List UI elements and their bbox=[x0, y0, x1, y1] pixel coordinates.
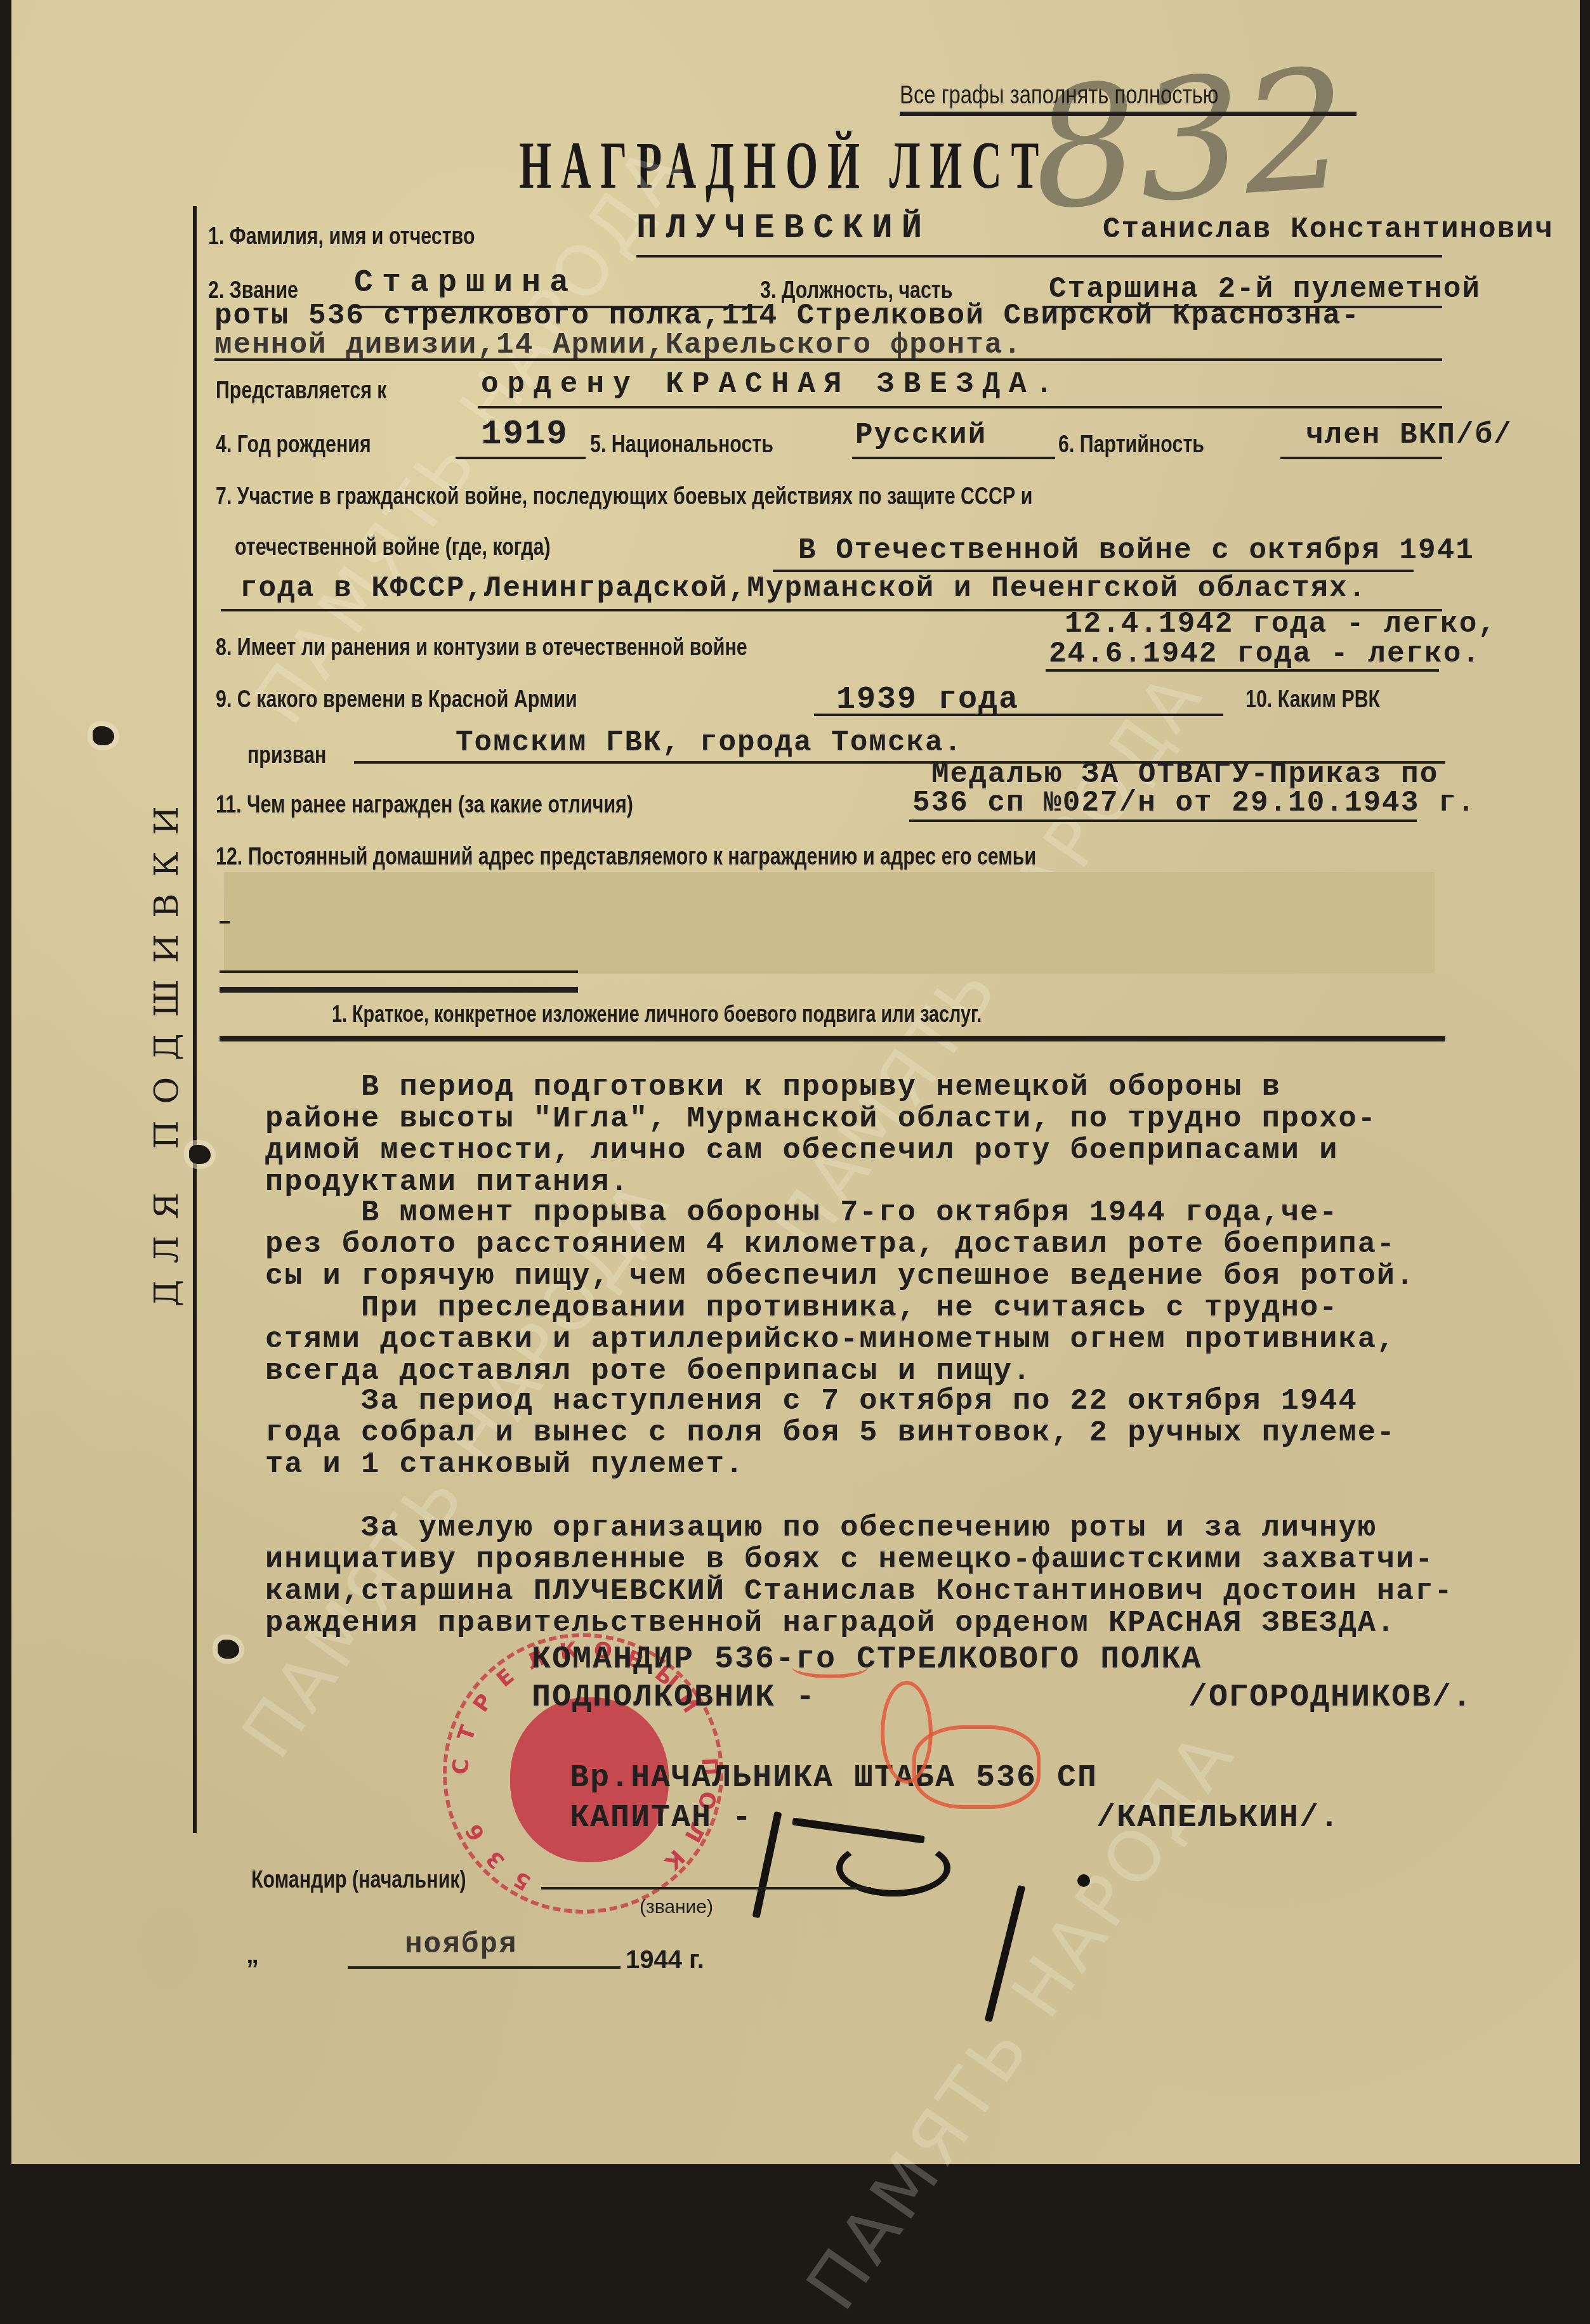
field-1-label: 1. Фамилия, имя и отчество bbox=[208, 223, 475, 251]
field-6-underline bbox=[1280, 457, 1442, 459]
field-1-underline bbox=[636, 255, 1442, 258]
field-1-given-names: Станислав Константинович bbox=[1103, 213, 1554, 246]
field-1-surname: ПЛУЧЕВСКИЙ bbox=[636, 209, 931, 248]
narrative-line: При преследовании противника, не считаяс… bbox=[265, 1293, 1566, 1324]
field-5-nationality: Русский bbox=[855, 419, 987, 452]
field-7-label-line1: 7. Участие в гражданской войне, последую… bbox=[216, 483, 1032, 511]
narrative-line: сы и горячую пищу, чем обеспечил успешно… bbox=[265, 1261, 1566, 1293]
field-4-label: 4. Год рождения bbox=[216, 431, 371, 459]
date-quote: „ bbox=[246, 1941, 259, 1969]
field-4-underline bbox=[456, 457, 586, 459]
narrative-line: всегда доставлял роте боеприпасы и пищу. bbox=[265, 1356, 1566, 1388]
field-9-underline bbox=[814, 714, 1223, 716]
award-sheet: 832 Все графы заполнять полностью НАГРАД… bbox=[11, 0, 1580, 2164]
field-10-label: 10. Каким РВК bbox=[1245, 686, 1380, 714]
section-title: 1. Краткое, конкретное изложение личного… bbox=[332, 1001, 982, 1028]
commander-title: КОМАНДИР 536-го СТРЕЛКОВОГО ПОЛКА bbox=[532, 1642, 1202, 1678]
field-10-label-2: призван bbox=[247, 742, 326, 769]
narrative-line: За умелую организацию по обеспечению рот… bbox=[265, 1513, 1566, 1544]
date-month: ноября bbox=[405, 1928, 518, 1961]
notice-underline bbox=[900, 112, 1357, 116]
field-11-value-line2: 536 сп №027/н от 29.10.1943 г. bbox=[912, 787, 1476, 819]
section-rule bbox=[220, 1036, 1445, 1041]
narrative-line: За период наступления с 7 октября по 22 … bbox=[265, 1386, 1566, 1418]
field-7-value-line2: года в КФССР,Ленинградской,Мурманской и … bbox=[240, 572, 1367, 605]
form-commander-label: Командир (начальник) bbox=[251, 1867, 466, 1894]
field-2-rank-value: Старшина bbox=[354, 265, 577, 301]
red-underline-mark bbox=[792, 1655, 868, 1678]
commander-rank: ПОДПОЛКОВНИК - bbox=[532, 1680, 816, 1716]
field-11-label: 11. Чем ранее награжден (за какие отличи… bbox=[216, 792, 633, 819]
narrative-line: В период подготовки к прорыву немецкой о… bbox=[265, 1072, 1566, 1104]
narrative-line: В момент прорыва обороны 7-го октября 19… bbox=[265, 1198, 1566, 1229]
field-8-wound-2: 24.6.1942 года - легко. bbox=[1049, 637, 1481, 670]
narrative-line: районе высоты "Игла", Мурманской области… bbox=[265, 1104, 1566, 1135]
narrative-line: года собрал и вынес с поля боя 5 винтово… bbox=[265, 1418, 1566, 1449]
field-4-birth-year: 1919 bbox=[481, 415, 568, 454]
field-5-label: 5. Национальность bbox=[590, 431, 773, 459]
narrative-line: продуктами питания. bbox=[265, 1167, 1566, 1199]
chief-of-staff-rank: КАПИТАН - bbox=[570, 1800, 752, 1836]
narrative-line: димой местности, лично сам обеспечил рот… bbox=[265, 1135, 1566, 1167]
date-year: 1944 г. bbox=[626, 1946, 704, 1975]
field-3-value-line3: менной дивизии,14 Армии,Карельского фрон… bbox=[214, 329, 1022, 362]
field-12-label: 12. Постоянный домашний адрес представля… bbox=[216, 844, 1036, 871]
nominated-underline bbox=[478, 406, 1442, 408]
field-7-label-line2: отечественной войне (где, когда) bbox=[235, 534, 551, 561]
narrative-line: рез болото расстоянием 4 километра, дост… bbox=[265, 1229, 1566, 1261]
narrative-line: стями доставки и артиллерийско-минометны… bbox=[265, 1324, 1566, 1356]
field-12-underline-2 bbox=[220, 987, 578, 993]
field-9-value: 1939 года bbox=[836, 682, 1019, 718]
narrative-line: раждения правительственной наградой орде… bbox=[265, 1608, 1566, 1640]
field-5-underline bbox=[852, 457, 1055, 459]
binding-margin-line bbox=[193, 206, 197, 1833]
binding-margin-label: ДЛЯ ПОДШИВКИ bbox=[148, 790, 186, 1307]
signature-dot bbox=[1077, 1874, 1090, 1887]
fill-all-fields-notice: Все графы заполнять полностью bbox=[900, 81, 1218, 110]
redacted-address-area bbox=[224, 872, 1435, 974]
binder-hole bbox=[93, 726, 114, 745]
narrative-line: инициативу проявленные в боях с немецко-… bbox=[265, 1544, 1566, 1576]
chief-of-staff-name: /КАПЕЛЬКИН/. bbox=[1096, 1800, 1340, 1836]
narrative-line: та и 1 станковый пулемет. bbox=[265, 1449, 1566, 1481]
field-6-party: член ВКП/б/ bbox=[1306, 419, 1513, 452]
field-12-underline-1 bbox=[220, 970, 578, 973]
field-9-label: 9. С какого времени в Красной Армии bbox=[216, 686, 577, 714]
red-signature-mark bbox=[912, 1725, 1041, 1809]
field-8-underline bbox=[1046, 669, 1439, 672]
black-signature-stroke bbox=[752, 1812, 782, 1919]
field-7-value-line1: В Отечественной войне с октября 1941 bbox=[798, 534, 1475, 567]
narrative-line: ками,старшина ПЛУЧЕВСКИЙ Станислав Конст… bbox=[265, 1576, 1566, 1608]
binder-hole bbox=[189, 1145, 211, 1164]
nominated-for-value: ордену КРАСНАЯ ЗВЕЗДА. bbox=[481, 368, 1061, 401]
field-8-wound-1: 12.4.1942 года - легко, bbox=[1065, 608, 1497, 641]
field-10-value: Томским ГВК, города Томска. bbox=[456, 726, 963, 759]
field-12-underline-stub bbox=[220, 921, 230, 924]
form-rank-hint: (звание) bbox=[640, 1896, 713, 1918]
date-underline bbox=[348, 1966, 621, 1969]
field-6-label: 6. Партийность bbox=[1058, 431, 1204, 459]
field-11-underline bbox=[909, 819, 1417, 822]
field-8-label: 8. Имеет ли ранения и контузии в отечест… bbox=[216, 634, 747, 662]
field-3-value-line2: роты 536 стрелкового полка,114 Стрелково… bbox=[214, 299, 1360, 332]
commander-name: /ОГОРОДНИКОВ/. bbox=[1188, 1680, 1473, 1716]
form-commander-underline bbox=[541, 1887, 871, 1890]
nominated-for-label: Представляется к bbox=[216, 377, 387, 405]
field-3-underline-2 bbox=[214, 358, 1442, 361]
binder-hole bbox=[218, 1640, 239, 1659]
